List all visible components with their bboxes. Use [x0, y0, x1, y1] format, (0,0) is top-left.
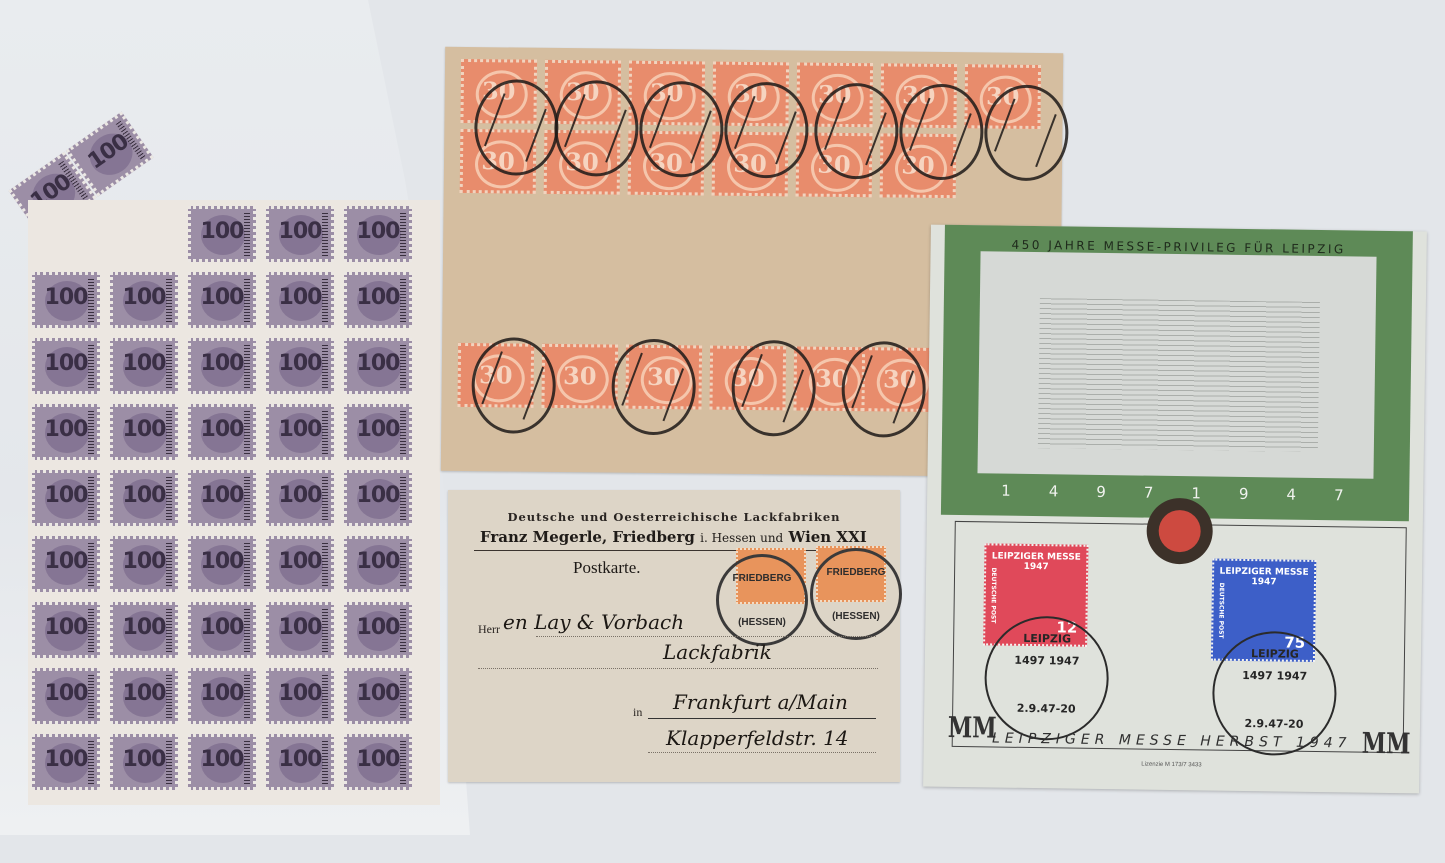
stamp: 100 — [32, 404, 100, 460]
messe-logo-icon: MM — [1362, 727, 1411, 761]
green-banner: 450 JAHRE MESSE-PRIVILEG FÜR LEIPZIG 149… — [941, 225, 1413, 522]
stamp: 100 — [32, 338, 100, 394]
postmark — [611, 339, 696, 436]
label-in: in — [633, 705, 642, 720]
postcard: Deutsche und Oesterreichische Lackfabrik… — [448, 490, 900, 782]
stamp: 100 — [188, 536, 256, 592]
handwritten-addressee: en Lay & Vorbach — [503, 610, 684, 634]
stamp: 100 — [344, 470, 412, 526]
stamp: 100 — [188, 338, 256, 394]
stamp: 100 — [188, 602, 256, 658]
divider — [474, 550, 874, 551]
leipzig-souvenir-card: 450 JAHRE MESSE-PRIVILEG FÜR LEIPZIG 149… — [923, 225, 1427, 794]
stamp: 100 — [344, 272, 412, 328]
handwritten-street: Klapperfeldstr. 14 — [666, 726, 849, 750]
year-right: 1947 — [1191, 484, 1381, 505]
stamp: 100 — [110, 470, 178, 526]
stamp: 100 — [344, 338, 412, 394]
stamp: 100 — [32, 470, 100, 526]
postcard-header-line1: Deutsche und Oesterreichische Lackfabrik… — [448, 510, 900, 524]
stamp: 100 — [266, 272, 334, 328]
address-line — [536, 636, 876, 637]
postmark — [554, 80, 639, 177]
address-line — [478, 668, 878, 669]
stamp: 100 — [188, 734, 256, 790]
postmark — [984, 84, 1069, 181]
stamp: 100 — [32, 734, 100, 790]
stamp: 100 — [344, 206, 412, 262]
stamp: 100 — [32, 668, 100, 724]
stamp: 100 — [266, 470, 334, 526]
stamp: 100 — [266, 536, 334, 592]
postmark — [841, 341, 926, 438]
stamp: 100 — [344, 668, 412, 724]
address-line — [648, 752, 876, 753]
stamp: 100 — [188, 668, 256, 724]
stamp: 100 — [110, 536, 178, 592]
stamp: 100 — [32, 272, 100, 328]
stamp: 100 — [344, 734, 412, 790]
stamp: 100 — [344, 602, 412, 658]
handwritten-city: Frankfurt a/Main — [673, 690, 848, 714]
stamp: 100 — [266, 338, 334, 394]
stamp: 100 — [266, 734, 334, 790]
stamp-sheet: 1001001001001001001001001001001001001001… — [28, 200, 440, 805]
stamp: 100 — [188, 470, 256, 526]
stamp: 100 — [110, 734, 178, 790]
stamp: 100 — [32, 536, 100, 592]
stamp: 100 — [266, 206, 334, 262]
stamp: 100 — [110, 602, 178, 658]
stamp: 100 — [266, 668, 334, 724]
document-script — [1038, 298, 1320, 452]
stamp: 100 — [110, 272, 178, 328]
year-left: 1497 — [1001, 482, 1191, 503]
label-herr: Herr — [478, 622, 500, 637]
print-note: Lizenzie M 173/7 3433 — [923, 759, 1419, 772]
postmark: FRIEDBERG (HESSEN) — [810, 548, 902, 640]
stamp: 100 — [188, 404, 256, 460]
stamp: 100 — [188, 272, 256, 328]
stamp: 100 — [110, 404, 178, 460]
stamp: 100 — [266, 404, 334, 460]
postmark — [471, 337, 556, 434]
stamp: 100 — [188, 206, 256, 262]
stamp: 100 — [266, 602, 334, 658]
stamp: 100 — [344, 536, 412, 592]
address-line — [648, 718, 876, 719]
postmark — [899, 84, 984, 181]
stamp: 100 — [110, 338, 178, 394]
handwritten-line2: Lackfabrik — [663, 640, 772, 664]
postcard-header-company: Franz Megerle, Friedberg i. Hessen und W… — [480, 528, 867, 546]
postmark: FRIEDBERG (HESSEN) — [716, 554, 808, 646]
stamp: 100 — [110, 668, 178, 724]
stamp: 100 — [32, 602, 100, 658]
stamp: 100 — [344, 404, 412, 460]
privilege-document-image — [977, 251, 1376, 479]
postmark — [731, 340, 816, 437]
postcard-title: Postkarte. — [573, 558, 641, 578]
